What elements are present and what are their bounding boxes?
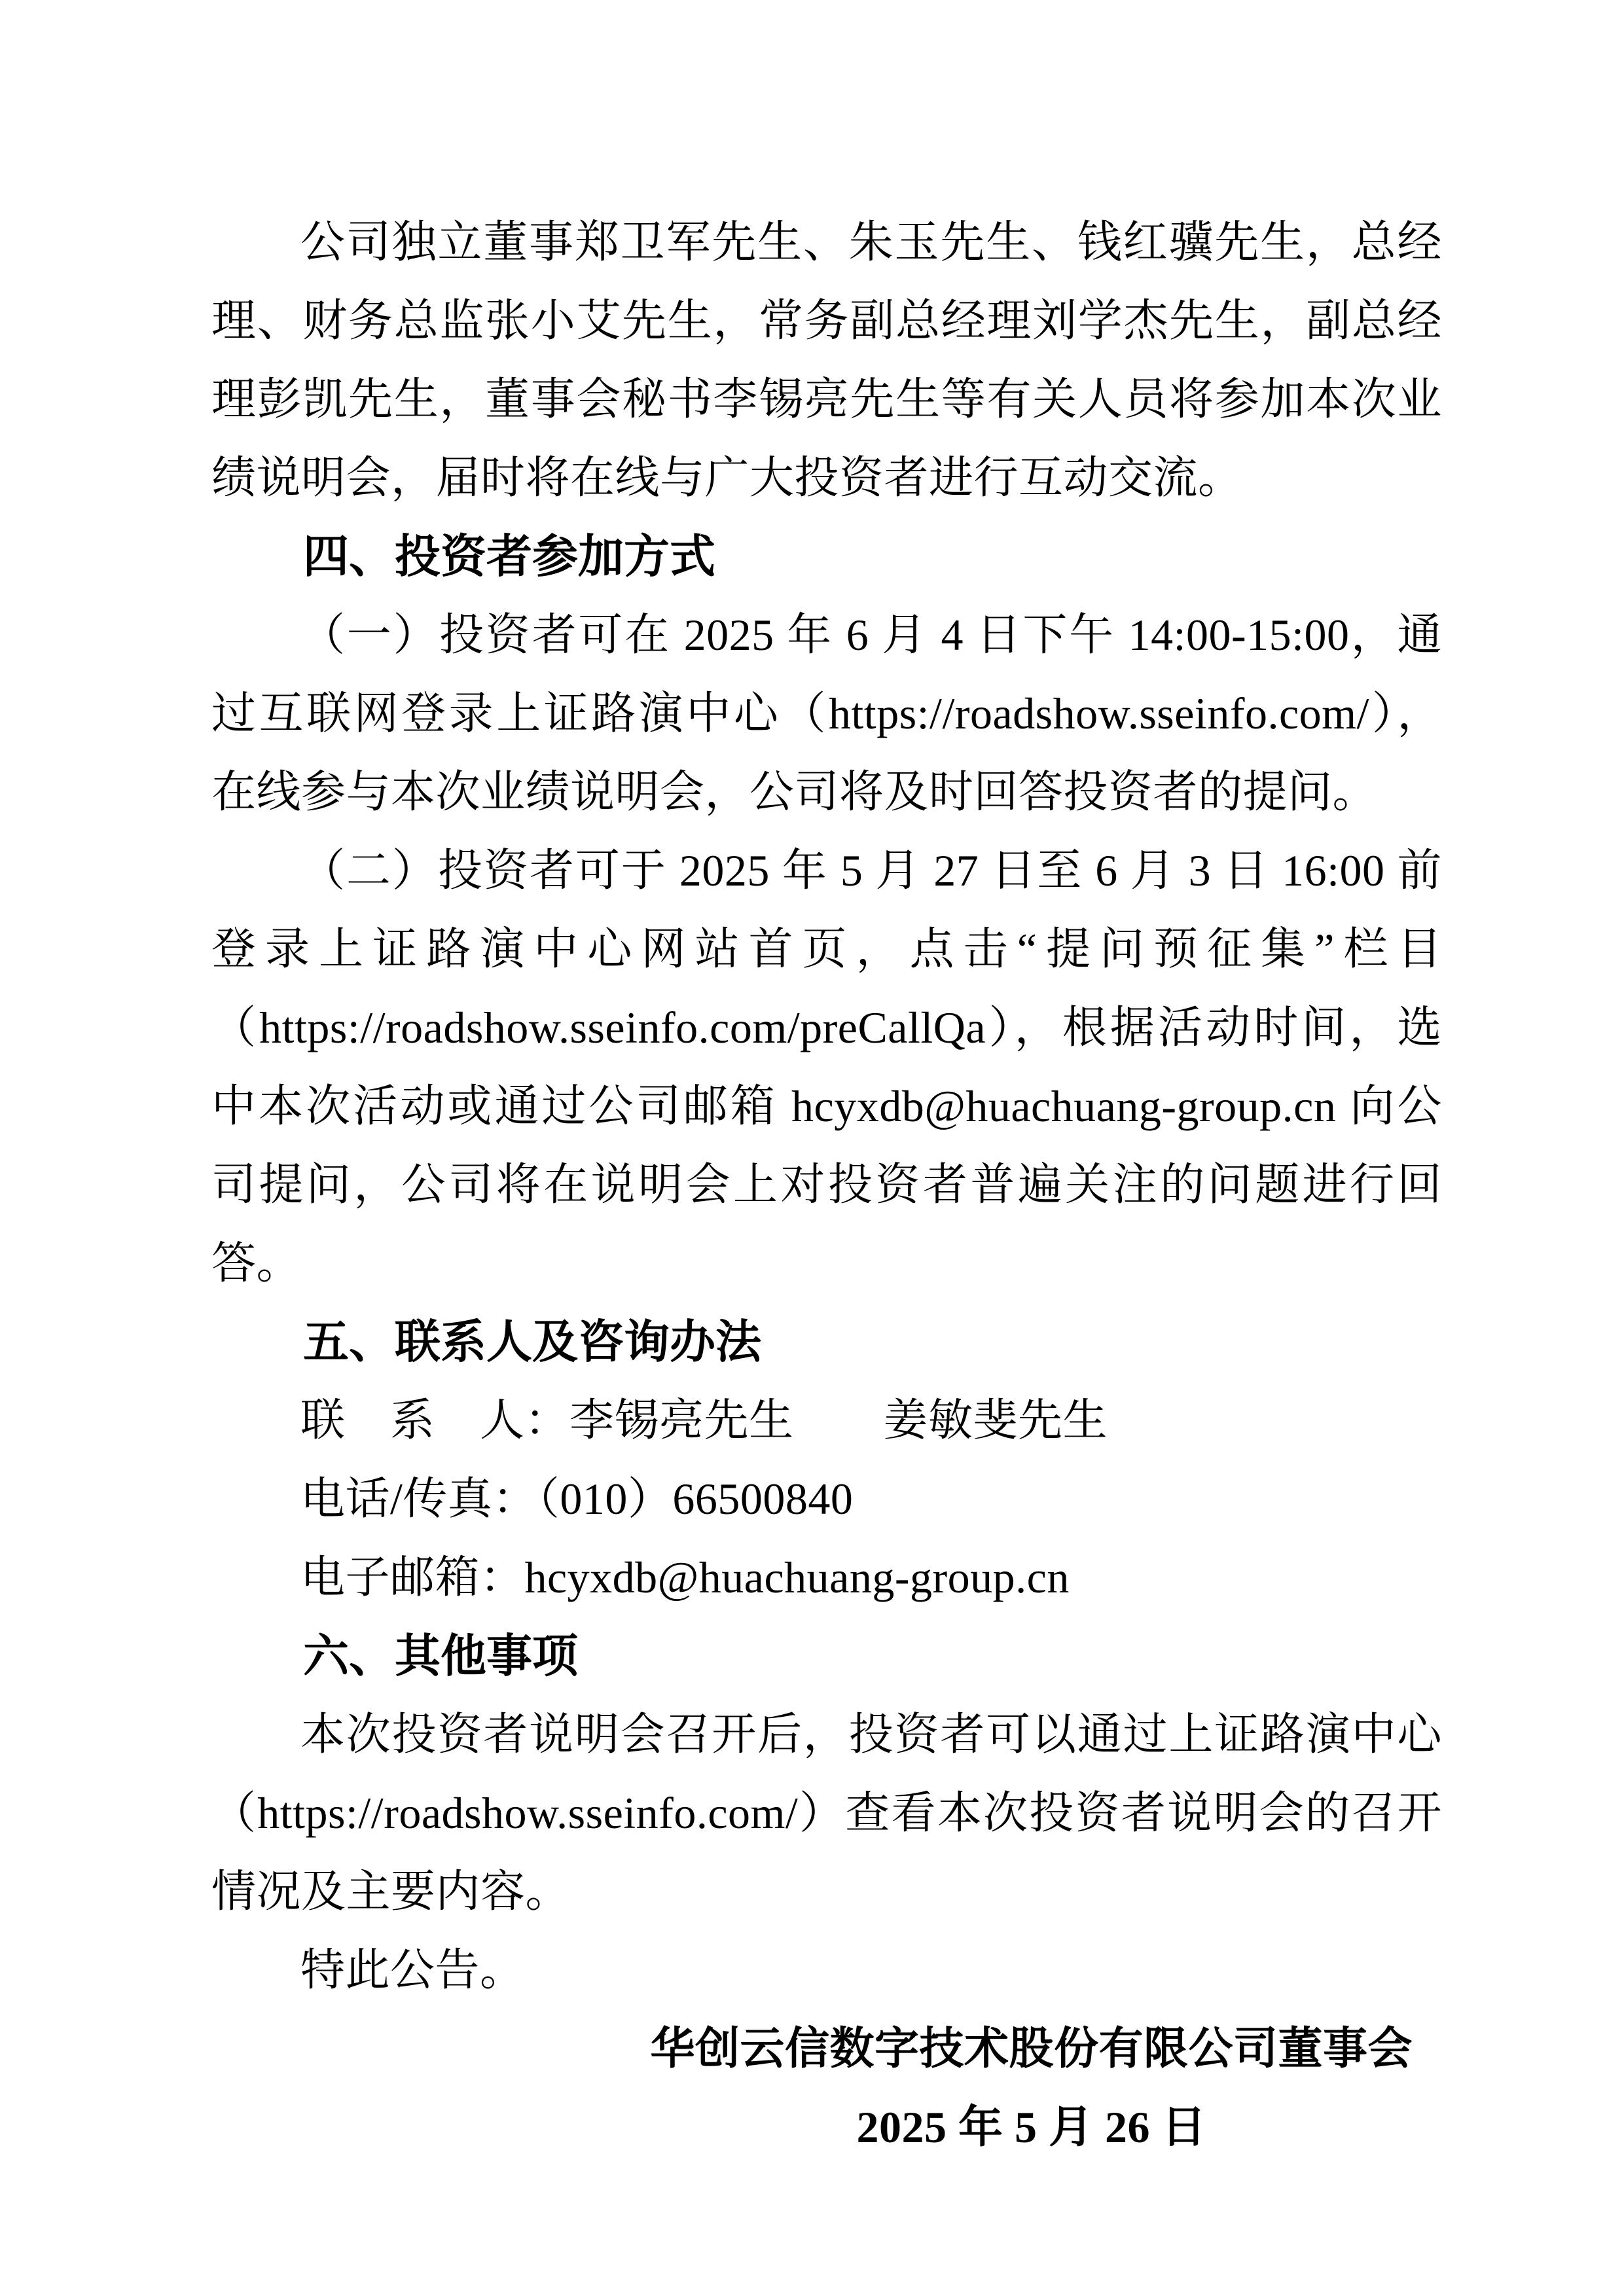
contact-email-line: 电子邮箱：hcyxdb@huachuang-group.cn xyxy=(211,1538,1442,1617)
signature-block: 华创云信数字技术股份有限公司董事会 2025 年 5 月 26 日 xyxy=(650,2009,1413,2166)
signature-company: 华创云信数字技术股份有限公司董事会 xyxy=(650,2009,1413,2088)
other-matters-paragraph: 本次投资者说明会召开后，投资者可以通过上证路演中心（https://roadsh… xyxy=(211,1695,1442,1931)
closing-line: 特此公告。 xyxy=(211,1931,1442,2009)
attendees-paragraph: 公司独立董事郑卫军先生、朱玉先生、钱红骥先生，总经理、财务总监张小艾先生，常务副… xyxy=(211,203,1442,517)
section-heading-participation: 四、投资者参加方式 xyxy=(211,517,1442,596)
section-heading-other-matters: 六、其他事项 xyxy=(211,1617,1442,1695)
contact-person-line: 联 系 人：李锡亮先生 姜敏斐先生 xyxy=(211,1381,1442,1460)
contact-phone-line: 电话/传真：（010）66500840 xyxy=(211,1460,1442,1538)
announcement-page: 公司独立董事郑卫军先生、朱玉先生、钱红骥先生，总经理、财务总监张小艾先生，常务副… xyxy=(0,0,1624,2296)
participation-method-2-paragraph: （二）投资者可于 2025 年 5 月 27 日至 6 月 3 日 16:00 … xyxy=(211,831,1442,1302)
participation-method-1-paragraph: （一）投资者可在 2025 年 6 月 4 日下午 14:00-15:00，通过… xyxy=(211,596,1442,831)
section-heading-contact: 五、联系人及咨询办法 xyxy=(211,1302,1442,1381)
signature-date: 2025 年 5 月 26 日 xyxy=(650,2088,1413,2166)
